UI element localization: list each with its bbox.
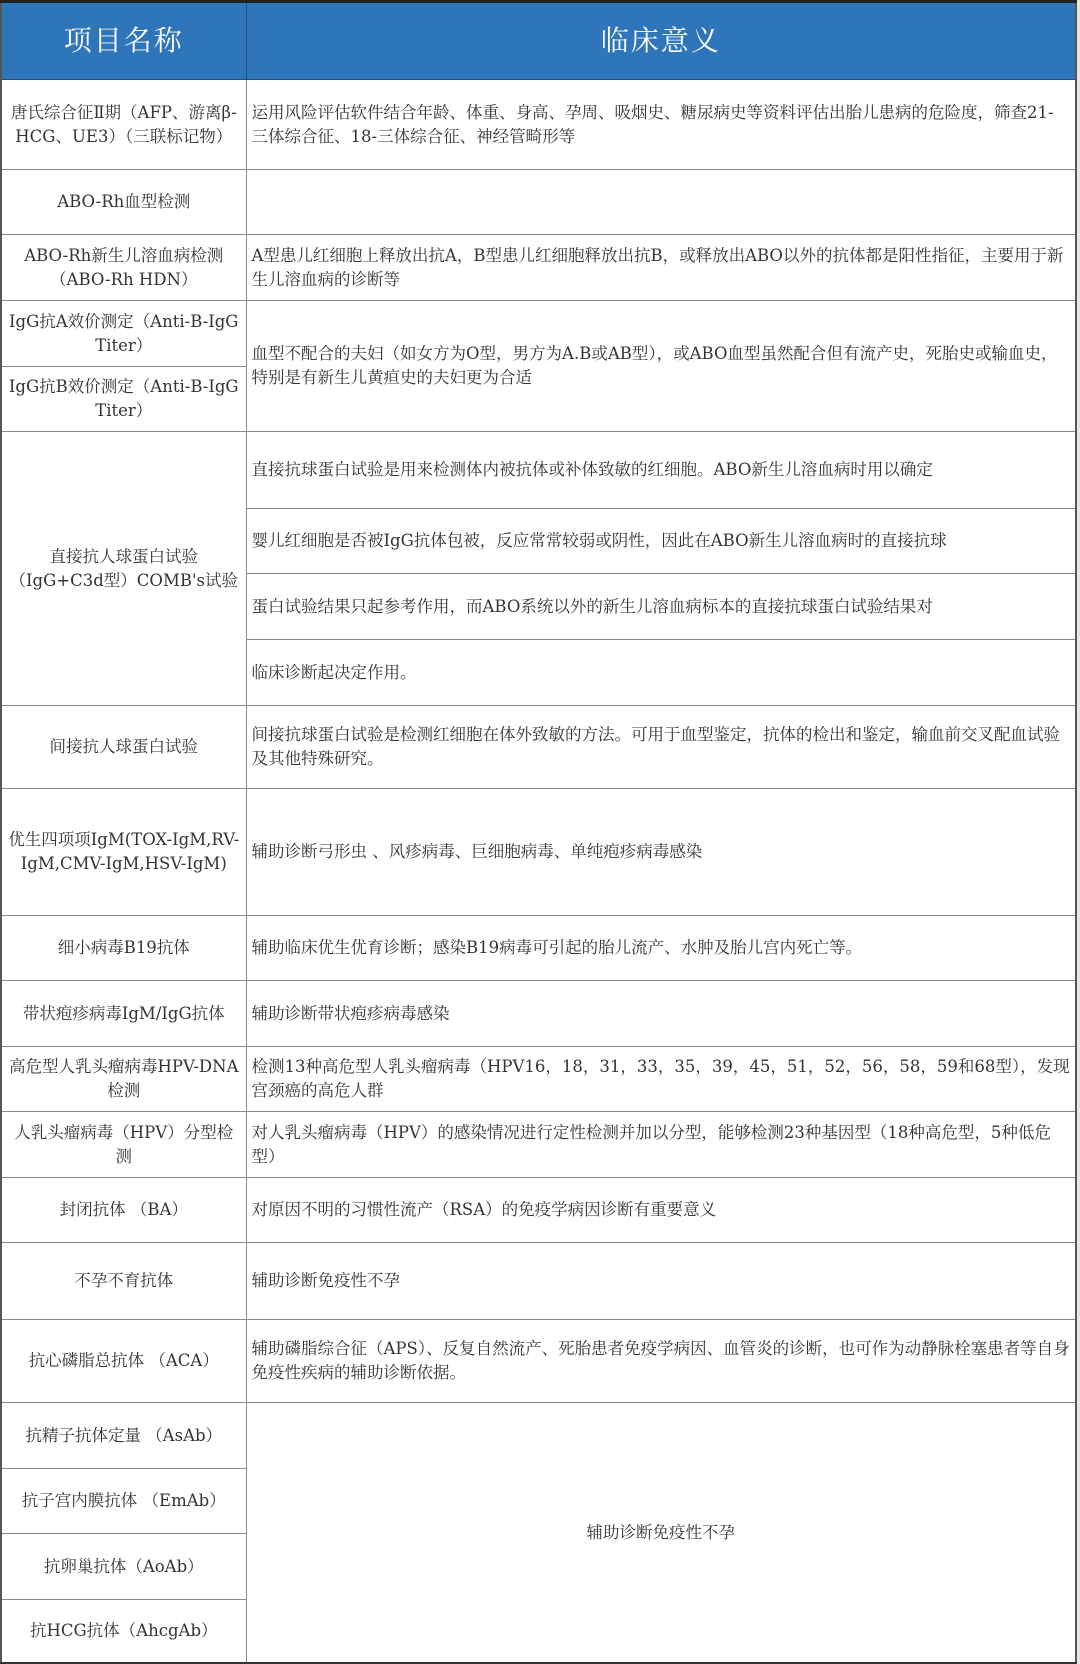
table-row: 带状疱疹病毒IgM/IgG抗体 辅助诊断带状疱疹病毒感染 [1, 981, 1076, 1047]
item-meaning: 运用风险评估软件结合年龄、体重、身高、孕周、吸烟史、糖尿病史等资料评估出胎儿患病… [246, 80, 1076, 170]
item-meaning [246, 170, 1076, 235]
table-row: ABO-Rh血型检测 [1, 170, 1076, 235]
item-name: 抗子宫内膜抗体 （EmAb） [1, 1469, 246, 1534]
item-meaning-line: 婴儿红细胞是否被IgG抗体包被，反应常常较弱或阴性，因此在ABO新生儿溶血病时的… [246, 509, 1076, 574]
table-row: 高危型人乳头瘤病毒HPV-DNA检测 检测13种高危型人乳头瘤病毒（HPV16，… [1, 1047, 1076, 1112]
item-meaning: A型患儿红细胞上释放出抗A，B型患儿红细胞释放出抗B，或释放出ABO以外的抗体都… [246, 235, 1076, 301]
table-row: IgG抗A效价测定（Anti-B-IgG Titer） 血型不配合的夫妇（如女方… [1, 301, 1076, 367]
table-row: ABO-Rh新生儿溶血病检测（ABO-Rh HDN） A型患儿红细胞上释放出抗A… [1, 235, 1076, 301]
table-row: 直接抗人球蛋白试验（IgG+C3d型）COMB's试验 直接抗球蛋白试验是用来检… [1, 432, 1076, 509]
item-meaning-line: 直接抗球蛋白试验是用来检测体内被抗体或补体致敏的红细胞。ABO新生儿溶血病时用以… [246, 432, 1076, 509]
table-row: 细小病毒B19抗体 辅助临床优生优育诊断；感染B19病毒可引起的胎儿流产、水肿及… [1, 916, 1076, 981]
header-item-name: 项目名称 [1, 2, 246, 80]
item-meaning: 辅助诊断带状疱疹病毒感染 [246, 981, 1076, 1047]
item-meaning: 辅助临床优生优育诊断；感染B19病毒可引起的胎儿流产、水肿及胎儿宫内死亡等。 [246, 916, 1076, 981]
item-meaning: 辅助诊断免疫性不孕 [246, 1243, 1076, 1320]
table-row: 间接抗人球蛋白试验 间接抗球蛋白试验是检测红细胞在体外致敏的方法。可用于血型鉴定… [1, 706, 1076, 789]
item-name: 封闭抗体 （BA） [1, 1178, 246, 1243]
item-name: 优生四项项IgM(TOX-IgM,RV-IgM,CMV-IgM,HSV-IgM) [1, 789, 246, 916]
item-meaning: 间接抗球蛋白试验是检测红细胞在体外致敏的方法。可用于血型鉴定，抗体的检出和鉴定，… [246, 706, 1076, 789]
item-name: 带状疱疹病毒IgM/IgG抗体 [1, 981, 246, 1047]
item-meaning: 辅助诊断免疫性不孕 [246, 1403, 1076, 1664]
item-name: 抗精子抗体定量 （AsAb） [1, 1403, 246, 1469]
item-name: 直接抗人球蛋白试验（IgG+C3d型）COMB's试验 [1, 432, 246, 706]
item-meaning-line: 蛋白试验结果只起参考作用，而ABO系统以外的新生儿溶血病标本的直接抗球蛋白试验结… [246, 574, 1076, 640]
table-row: 人乳头瘤病毒（HPV）分型检测 对人乳头瘤病毒（HPV）的感染情况进行定性检测并… [1, 1112, 1076, 1178]
header-row: 项目名称 临床意义 [1, 2, 1076, 80]
table-row: 唐氏综合征Ⅱ期（AFP、游离β-HCG、UE3）（三联标记物） 运用风险评估软件… [1, 80, 1076, 170]
item-name: 不孕不育抗体 [1, 1243, 246, 1320]
item-name: 唐氏综合征Ⅱ期（AFP、游离β-HCG、UE3）（三联标记物） [1, 80, 246, 170]
item-name: IgG抗A效价测定（Anti-B-IgG Titer） [1, 301, 246, 367]
item-name: ABO-Rh血型检测 [1, 170, 246, 235]
table-row: 不孕不育抗体 辅助诊断免疫性不孕 [1, 1243, 1076, 1320]
item-meaning: 对人乳头瘤病毒（HPV）的感染情况进行定性检测并加以分型，能够检测23种基因型（… [246, 1112, 1076, 1178]
item-name: 抗HCG抗体（AhcgAb） [1, 1600, 246, 1664]
item-name: 抗心磷脂总抗体 （ACA） [1, 1320, 246, 1403]
item-name: 细小病毒B19抗体 [1, 916, 246, 981]
header-clinical-significance: 临床意义 [246, 2, 1076, 80]
item-name: ABO-Rh新生儿溶血病检测（ABO-Rh HDN） [1, 235, 246, 301]
item-meaning: 血型不配合的夫妇（如女方为O型，男方为A.B或AB型），或ABO血型虽然配合但有… [246, 301, 1076, 432]
table-row: 抗心磷脂总抗体 （ACA） 辅助磷脂综合征（APS）、反复自然流产、死胎患者免疫… [1, 1320, 1076, 1403]
clinical-significance-table: 项目名称 临床意义 唐氏综合征Ⅱ期（AFP、游离β-HCG、UE3）（三联标记物… [0, 0, 1077, 1664]
item-name: 高危型人乳头瘤病毒HPV-DNA检测 [1, 1047, 246, 1112]
item-name: 抗卵巢抗体（AoAb） [1, 1534, 246, 1600]
item-meaning: 辅助诊断弓形虫 、风疹病毒、巨细胞病毒、单纯疱疹病毒感染 [246, 789, 1076, 916]
item-meaning: 对原因不明的习惯性流产（RSA）的免疫学病因诊断有重要意义 [246, 1178, 1076, 1243]
item-meaning-line: 临床诊断起决定作用。 [246, 640, 1076, 706]
item-name: 人乳头瘤病毒（HPV）分型检测 [1, 1112, 246, 1178]
table-row: 封闭抗体 （BA） 对原因不明的习惯性流产（RSA）的免疫学病因诊断有重要意义 [1, 1178, 1076, 1243]
item-meaning: 检测13种高危型人乳头瘤病毒（HPV16，18，31，33，35，39，45，5… [246, 1047, 1076, 1112]
item-meaning: 辅助磷脂综合征（APS）、反复自然流产、死胎患者免疫学病因、血管炎的诊断，也可作… [246, 1320, 1076, 1403]
table-row: 优生四项项IgM(TOX-IgM,RV-IgM,CMV-IgM,HSV-IgM)… [1, 789, 1076, 916]
table-row: 抗精子抗体定量 （AsAb） 辅助诊断免疫性不孕 [1, 1403, 1076, 1469]
item-name: IgG抗B效价测定（Anti-B-IgG Titer） [1, 367, 246, 432]
item-name: 间接抗人球蛋白试验 [1, 706, 246, 789]
